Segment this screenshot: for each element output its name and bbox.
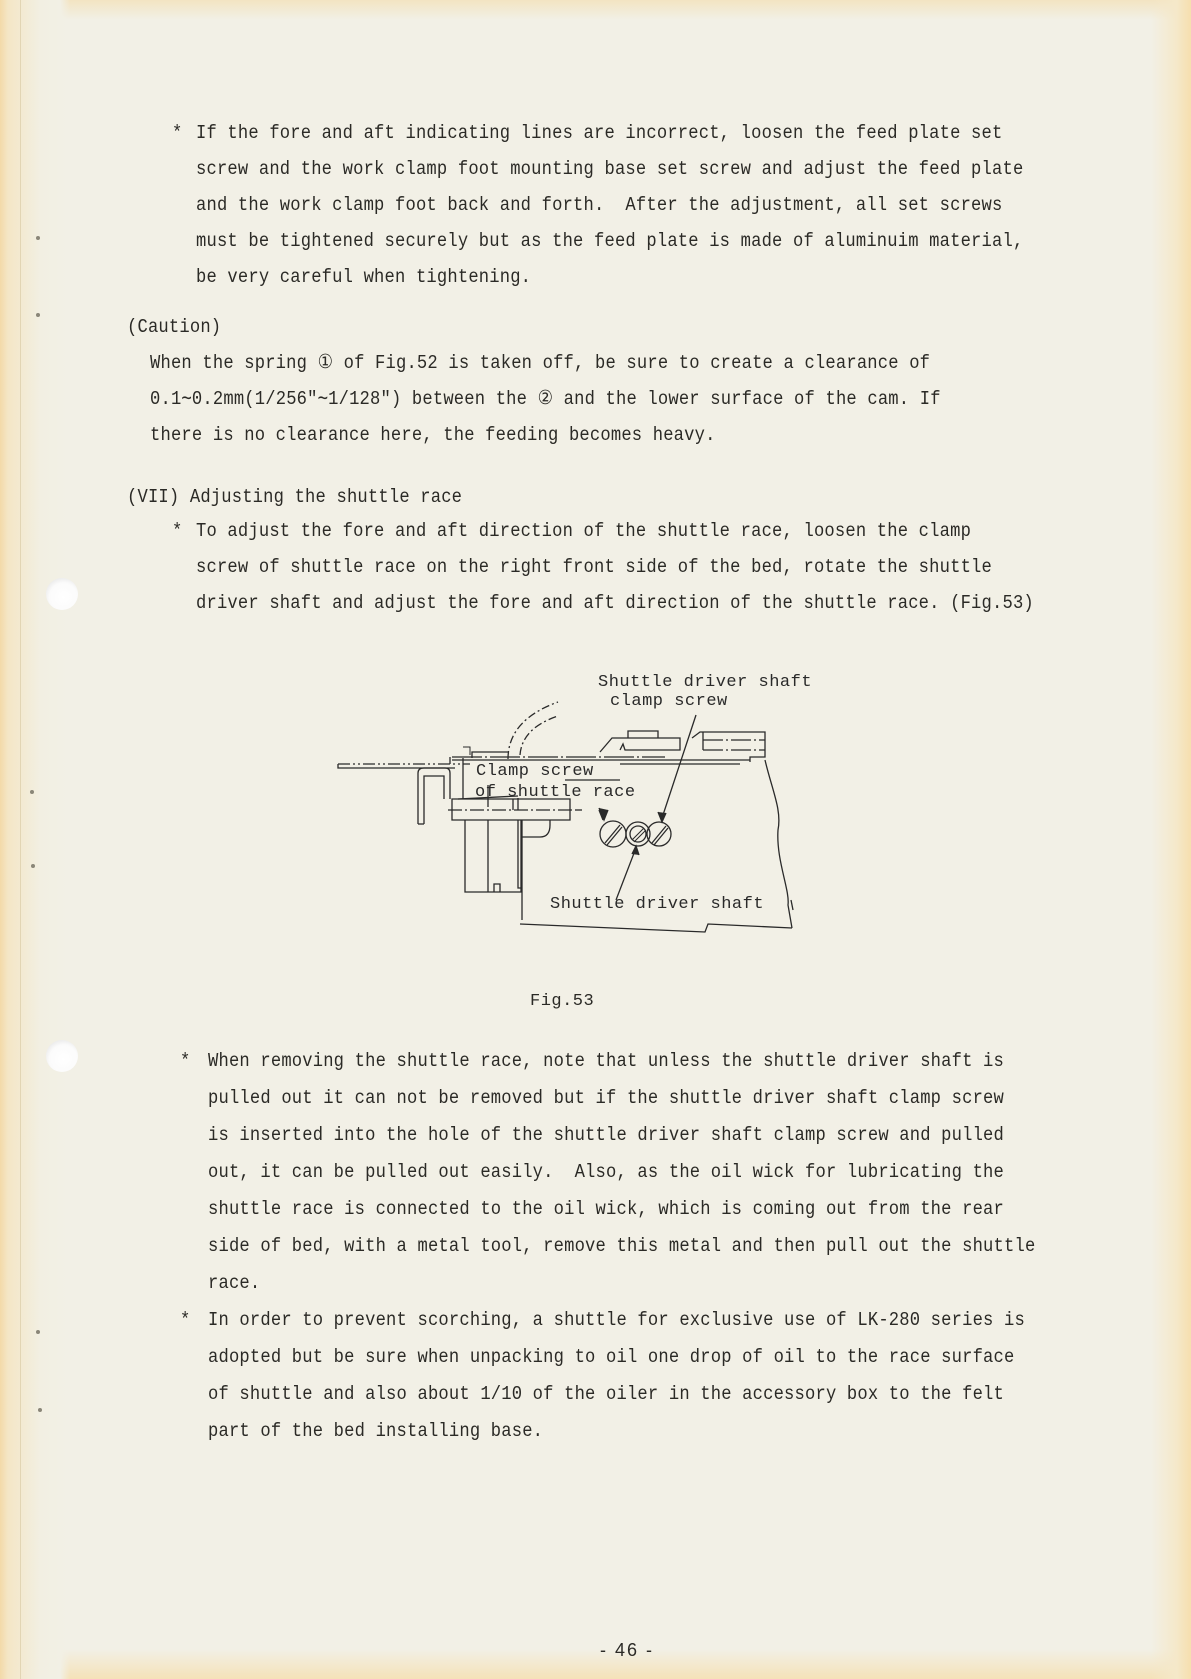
text-line: side of bed, with a metal tool, remove t… — [208, 1235, 1035, 1257]
label-clamp-screw-of-shuttle-race: Clamp screw — [476, 763, 594, 781]
label-shuttle-driver-shaft: Shuttle driver shaft — [550, 896, 764, 914]
figure-caption: Fig.53 — [530, 992, 594, 1011]
punch-hole-top — [46, 578, 78, 610]
paper-speck — [31, 864, 35, 868]
text-line: and the work clamp foot back and forth. … — [196, 194, 1002, 216]
page-number: - 46 - — [600, 1640, 654, 1661]
paper-speck — [36, 1330, 40, 1334]
label-clamp-screw-of-shuttle-race: of shuttle race — [475, 784, 636, 802]
text-line: screw and the work clamp foot mounting b… — [196, 158, 1023, 180]
label-driver-shaft-clamp-screw: clamp screw — [610, 693, 728, 711]
text-line: 0.1∼0.2mm(1/256"∼1/128") between the ② a… — [150, 388, 941, 410]
bullet-marker: * — [172, 520, 182, 542]
text-line: shuttle race is connected to the oil wic… — [208, 1198, 1004, 1220]
text-line: adopted but be sure when unpacking to oi… — [208, 1346, 1014, 1368]
text-line: is inserted into the hole of the shuttle… — [208, 1124, 1004, 1146]
text-line: race. — [208, 1272, 260, 1294]
paper-speck — [38, 1408, 42, 1412]
binding-edge — [20, 0, 21, 1679]
text-line: must be tightened securely but as the fe… — [196, 230, 1023, 252]
bullet-marker: * — [172, 122, 182, 144]
text-line: When removing the shuttle race, note tha… — [208, 1050, 1004, 1072]
text-line: In order to prevent scorching, a shuttle… — [208, 1309, 1025, 1331]
text-line: If the fore and aft indicating lines are… — [196, 122, 1002, 144]
label-driver-shaft-clamp-screw: Shuttle driver shaft — [598, 674, 812, 692]
caution-heading: (Caution) — [127, 316, 221, 338]
text-line: When the spring ① of Fig.52 is taken off… — [150, 352, 930, 374]
text-line: of shuttle and also about 1/10 of the oi… — [208, 1383, 1004, 1405]
paper-speck — [30, 790, 34, 794]
section-heading: (VII) Adjusting the shuttle race — [127, 486, 462, 508]
paper-speck — [36, 313, 40, 317]
bullet-marker: * — [180, 1050, 190, 1072]
text-line: part of the bed installing base. — [208, 1420, 543, 1442]
text-line: driver shaft and adjust the fore and aft… — [196, 592, 1034, 614]
bullet-marker: * — [180, 1309, 190, 1331]
text-line: out, it can be pulled out easily. Also, … — [208, 1161, 1004, 1183]
text-line: pulled out it can not be removed but if … — [208, 1087, 1004, 1109]
text-line: To adjust the fore and aft direction of … — [196, 520, 971, 542]
punch-hole-bottom — [46, 1040, 78, 1072]
text-line: be very careful when tightening. — [196, 266, 531, 288]
figure-53-diagram: Shuttle driver shaft clamp screw Clamp s… — [320, 660, 840, 950]
text-line: there is no clearance here, the feeding … — [150, 424, 716, 446]
paper-speck — [36, 236, 40, 240]
text-line: screw of shuttle race on the right front… — [196, 556, 992, 578]
